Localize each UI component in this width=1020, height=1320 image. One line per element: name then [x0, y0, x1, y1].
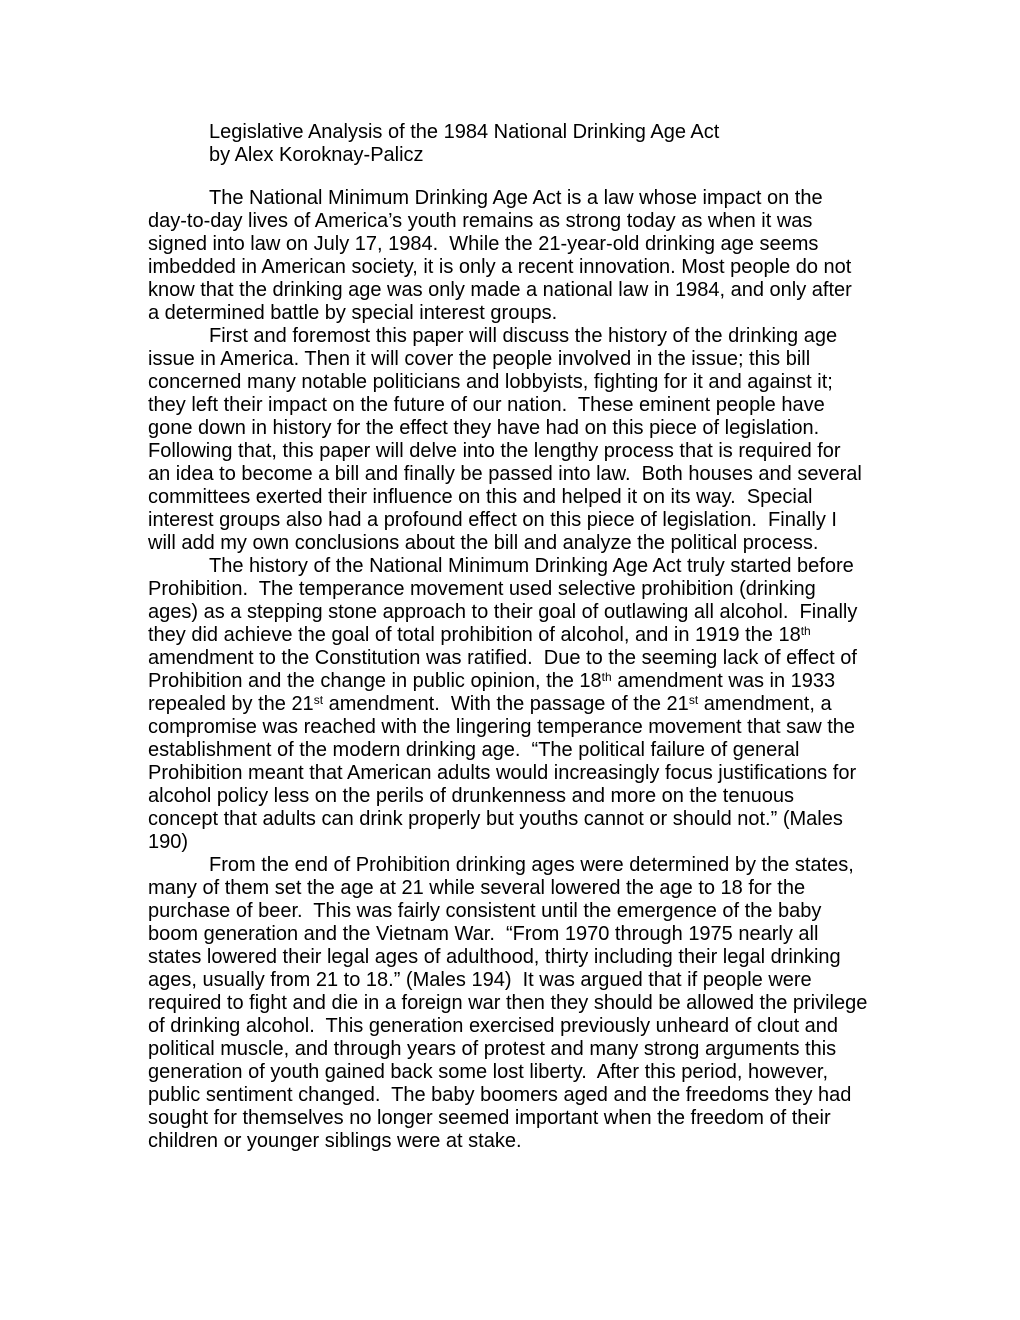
text-line: a determined battle by special interest …: [148, 302, 958, 325]
text-line: ages) as a stepping stone approach to th…: [148, 601, 958, 624]
text-line: establishment of the modern drinking age…: [148, 739, 958, 762]
text-line: issue in America. Then it will cover the…: [148, 348, 958, 371]
text-line: ages, usually from 21 to 18.” (Males 194…: [148, 969, 958, 992]
document-author: by Alex Koroknay-Palicz: [209, 144, 958, 167]
text-line: an idea to become a bill and finally be …: [148, 463, 958, 486]
text-line: alcohol policy less on the perils of dru…: [148, 785, 958, 808]
text-line: Prohibition meant that American adults w…: [148, 762, 958, 785]
text-line: purchase of beer. This was fairly consis…: [148, 900, 958, 923]
text-line: repealed by the 21st amendment. With the…: [148, 693, 958, 716]
text-line: imbedded in American society, it is only…: [148, 256, 958, 279]
text-line: public sentiment changed. The baby boome…: [148, 1084, 958, 1107]
paragraph: From the end of Prohibition drinking age…: [148, 854, 958, 1153]
text-line: compromise was reached with the lingerin…: [148, 716, 958, 739]
text-line: committees exerted their influence on th…: [148, 486, 958, 509]
document-text-block: Legislative Analysis of the 1984 Nationa…: [148, 121, 958, 1153]
text-line: interest groups also had a profound effe…: [148, 509, 958, 532]
text-line: day-to-day lives of America’s youth rema…: [148, 210, 958, 233]
document-title: Legislative Analysis of the 1984 Nationa…: [209, 121, 958, 144]
text-line: many of them set the age at 21 while sev…: [148, 877, 958, 900]
document-body: The National Minimum Drinking Age Act is…: [148, 187, 958, 1153]
text-line: will add my own conclusions about the bi…: [148, 532, 958, 555]
document-header: Legislative Analysis of the 1984 Nationa…: [209, 121, 958, 167]
text-line: know that the drinking age was only made…: [148, 279, 958, 302]
text-line: 190): [148, 831, 958, 854]
text-line: Prohibition. The temperance movement use…: [148, 578, 958, 601]
paragraph: The history of the National Minimum Drin…: [148, 555, 958, 854]
document-page: Legislative Analysis of the 1984 Nationa…: [0, 0, 1020, 1320]
text-line: gone down in history for the effect they…: [148, 417, 958, 440]
text-line: sought for themselves no longer seemed i…: [148, 1107, 958, 1130]
text-line: The history of the National Minimum Drin…: [148, 555, 958, 578]
text-line: Following that, this paper will delve in…: [148, 440, 958, 463]
text-line: states lowered their legal ages of adult…: [148, 946, 958, 969]
text-line: concept that adults can drink properly b…: [148, 808, 958, 831]
text-line: boom generation and the Vietnam War. “Fr…: [148, 923, 958, 946]
text-line: concerned many notable politicians and l…: [148, 371, 958, 394]
text-line: of drinking alcohol. This generation exe…: [148, 1015, 958, 1038]
text-line: amendment to the Constitution was ratifi…: [148, 647, 958, 670]
text-line: The National Minimum Drinking Age Act is…: [148, 187, 958, 210]
paragraph: The National Minimum Drinking Age Act is…: [148, 187, 958, 325]
text-line: they left their impact on the future of …: [148, 394, 958, 417]
text-line: Prohibition and the change in public opi…: [148, 670, 958, 693]
text-line: required to fight and die in a foreign w…: [148, 992, 958, 1015]
text-line: they did achieve the goal of total prohi…: [148, 624, 958, 647]
text-line: signed into law on July 17, 1984. While …: [148, 233, 958, 256]
text-line: children or younger siblings were at sta…: [148, 1130, 958, 1153]
text-line: From the end of Prohibition drinking age…: [148, 854, 958, 877]
paragraph: First and foremost this paper will discu…: [148, 325, 958, 555]
text-line: First and foremost this paper will discu…: [148, 325, 958, 348]
text-line: political muscle, and through years of p…: [148, 1038, 958, 1061]
blank-line: [148, 167, 958, 187]
text-line: generation of youth gained back some los…: [148, 1061, 958, 1084]
